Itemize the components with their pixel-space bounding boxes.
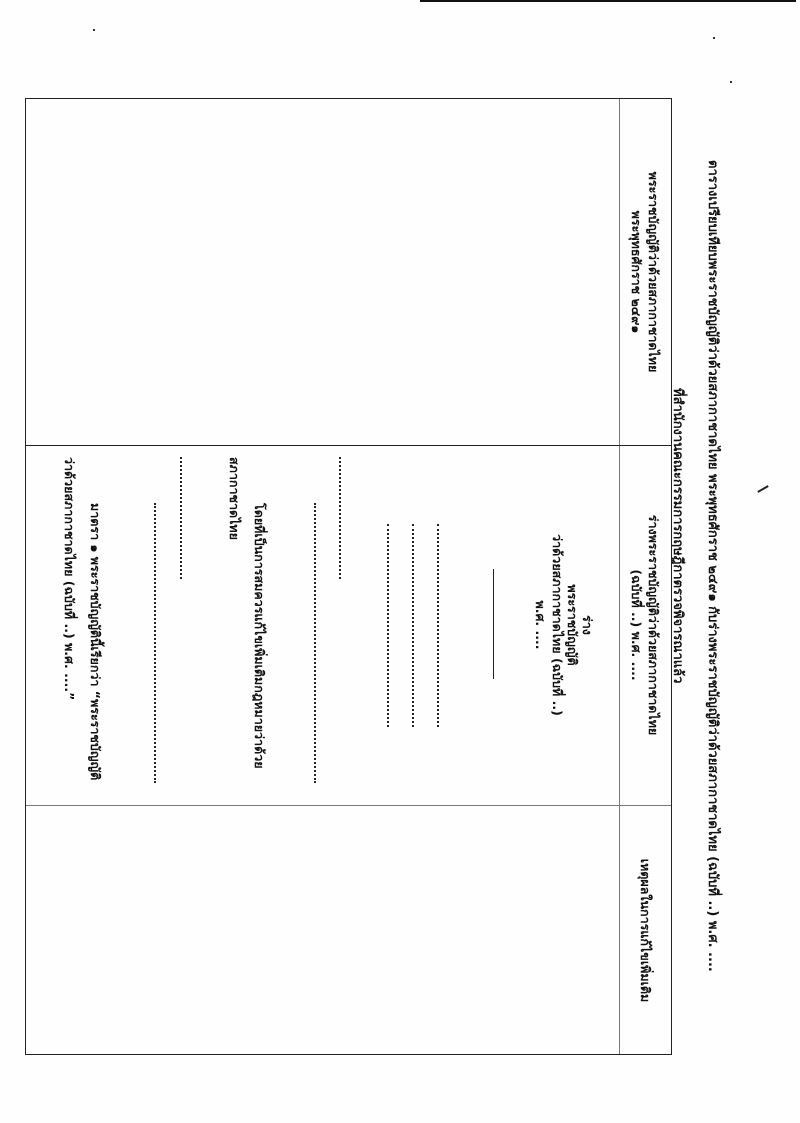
column-header-reasons: เหตุผลในการแก้ไขเพิ่มเติม [620,805,671,1056]
heading-separator [493,569,494,679]
draft-heading-line: ว่าด้วยสภากาชาดไทย (ฉบับที่ ..) [547,445,567,805]
preamble-line: สภากาชาดไทย [224,457,244,540]
draft-heading-line: พ.ศ. .... [530,445,550,805]
dotted-line [339,457,341,579]
dotted-line [437,524,439,727]
document-title: ตารางเปรียบเทียบพระราชบัญญัติว่าด้วยสภาก… [703,160,724,972]
dotted-line [314,503,316,783]
section-1-line: มาตรา ๑ พระราชบัญญัตินี้เรียกว่า “พระราช… [85,503,105,780]
comparison-table: พระราชบัญญัติว่าด้วยสภากาชาดไทย พระพุทธศ… [25,98,672,1055]
header-line: พระราชบัญญัติว่าด้วยสภากาชาดไทย [646,172,663,373]
header-line: เหตุผลในการแก้ไขเพิ่มเติม [637,859,654,1002]
header-line: (ฉบับที่ ..) พ.ศ. .... [629,569,646,680]
header-line: ร่างพระราชบัญญัติว่าด้วยสภากาชาดไทย [646,515,663,736]
section-1-line: ว่าด้วยสภากาชาดไทย (ฉบับที่ ..) พ.ศ. ...… [59,457,79,700]
column-header-draft-act: ร่างพระราชบัญญัติว่าด้วยสภากาชาดไทย (ฉบั… [620,445,671,805]
header-line: พระพุทธศักราช ๒๔๙๑ [629,211,646,334]
document-sheet: ตารางเปรียบเทียบพระราชบัญญัติว่าด้วยสภาก… [0,0,800,1123]
dotted-line [154,503,156,783]
dotted-line [412,524,414,727]
dotted-line [387,524,389,727]
preamble-line: โดยที่เป็นการสมควรแก้ไขเพิ่มเติมกฎหมายว่… [249,503,269,769]
column-divider [26,805,671,806]
dotted-line [180,457,182,579]
column-header-current-act: พระราชบัญญัติว่าด้วยสภากาชาดไทย พระพุทธศ… [620,99,671,445]
